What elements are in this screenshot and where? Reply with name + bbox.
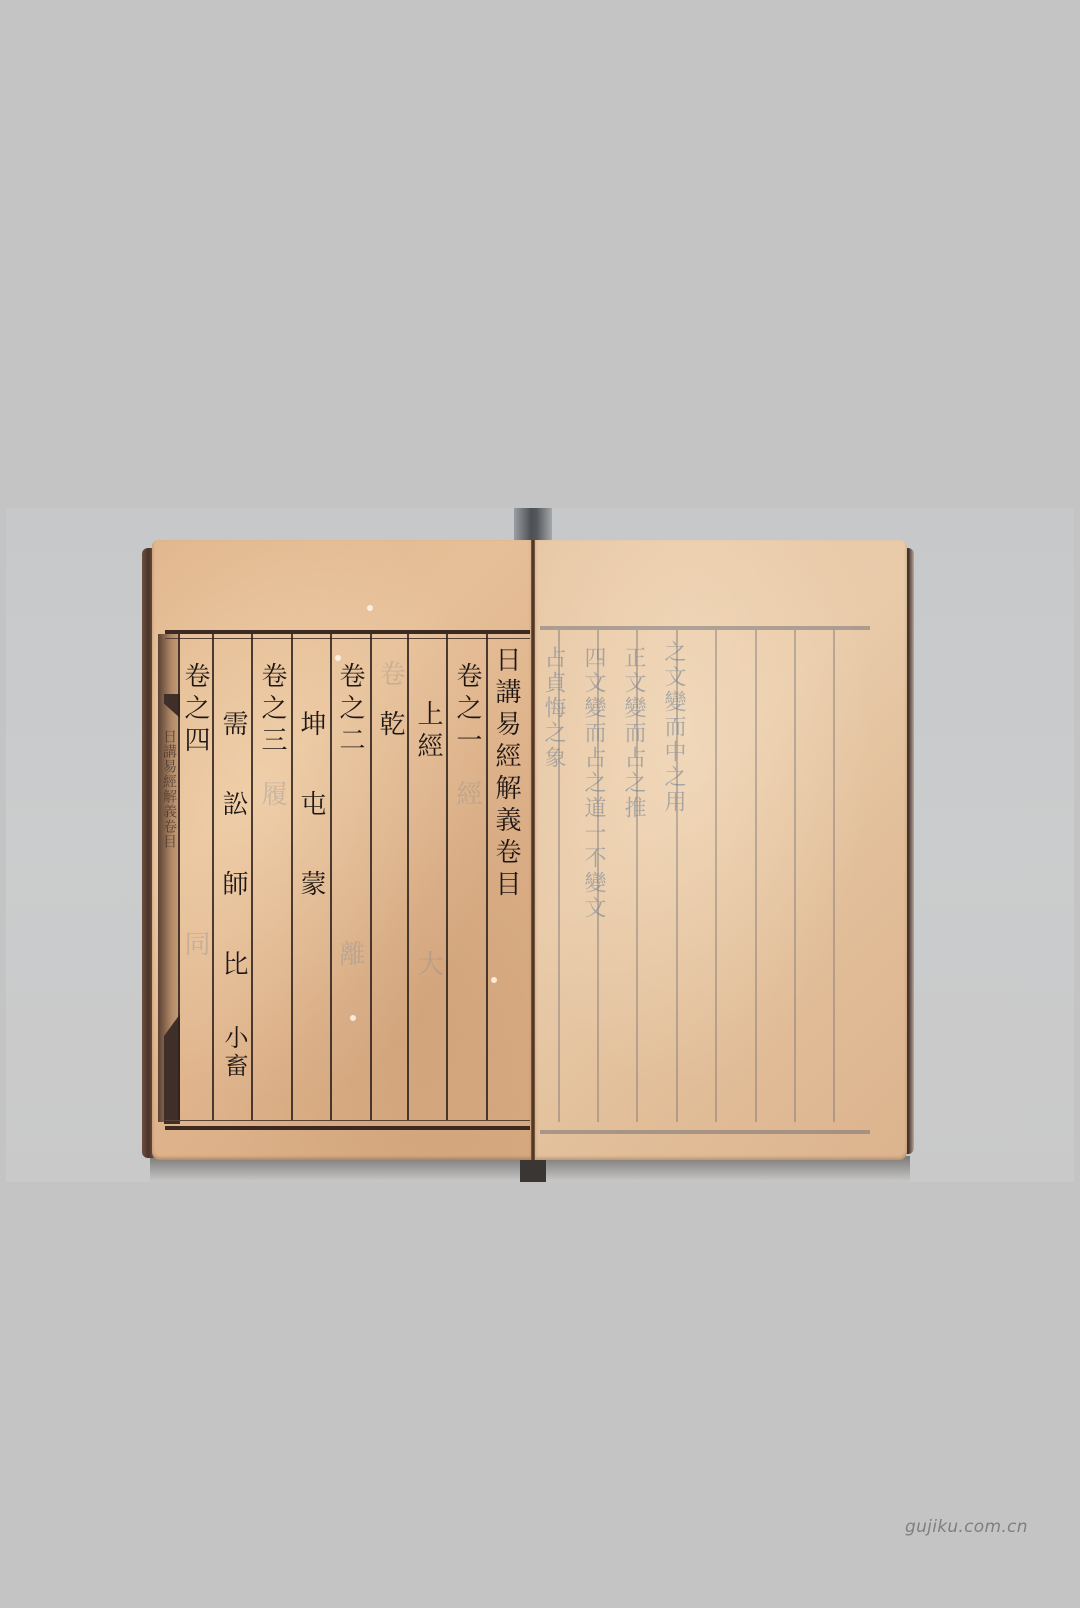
faint-bleed-char: 履: [257, 780, 287, 812]
column-rule: [407, 634, 409, 1120]
bleed-through-column: 正文變而占之推: [620, 646, 646, 821]
faint-bleed-char: 卷: [375, 660, 405, 692]
faint-bleed-char: 同: [180, 930, 210, 962]
column-rule: [330, 634, 332, 1120]
bleed-through-column: 四文變而占之道一不變文: [580, 646, 606, 921]
bleed-through-column: 占貞悔之象: [540, 646, 566, 771]
column-rule-faint: [794, 630, 796, 1122]
book-title: 日講易經解義卷目: [491, 646, 521, 902]
column-rule: [251, 634, 253, 1120]
column-rule: [291, 634, 293, 1120]
column-rule-faint: [715, 630, 717, 1122]
frame-inner-top: [165, 638, 530, 639]
hexagram-shi: 師: [218, 870, 248, 902]
faint-bleed-char: 經: [452, 780, 482, 812]
hexagram-kun: 坤: [296, 710, 326, 742]
bleed-through-column: 之文變而中之用: [660, 640, 686, 815]
paper-speck: [350, 1015, 356, 1021]
site-watermark: gujiku.com.cn: [905, 1517, 1028, 1537]
column-rule: [212, 634, 214, 1120]
paper-speck: [491, 977, 497, 983]
volume-3-heading: 卷之三: [257, 662, 287, 758]
hexagram-xiaoxu: 小畜: [219, 1025, 249, 1081]
faint-bleed-char: 離: [335, 940, 365, 972]
hexagram-bi: 比: [218, 950, 248, 982]
column-rule: [370, 634, 372, 1120]
column-rule: [446, 634, 448, 1120]
volume-1-heading: 卷之一: [452, 662, 482, 758]
column-rule-faint: [755, 630, 757, 1122]
frame-inner-bottom: [165, 1120, 530, 1121]
upper-classic-heading: 上經: [413, 700, 443, 764]
hexagram-xu: 需: [218, 710, 248, 742]
hexagram-meng: 蒙: [296, 870, 326, 902]
hexagram-zhun: 屯: [296, 790, 326, 822]
volume-2-heading: 卷之二: [335, 662, 365, 758]
column-rule: [486, 634, 488, 1120]
paper-speck: [335, 655, 341, 661]
hexagram-qian: 乾: [375, 710, 405, 742]
paper-speck: [367, 605, 373, 611]
faint-bleed-char: 大: [413, 950, 443, 982]
volume-4-heading: 卷之四: [180, 662, 210, 758]
hexagram-song: 訟: [218, 790, 248, 822]
spine-bottom: [520, 1158, 546, 1182]
column-rule-faint: [833, 630, 835, 1122]
spine-shadow: [514, 508, 552, 542]
